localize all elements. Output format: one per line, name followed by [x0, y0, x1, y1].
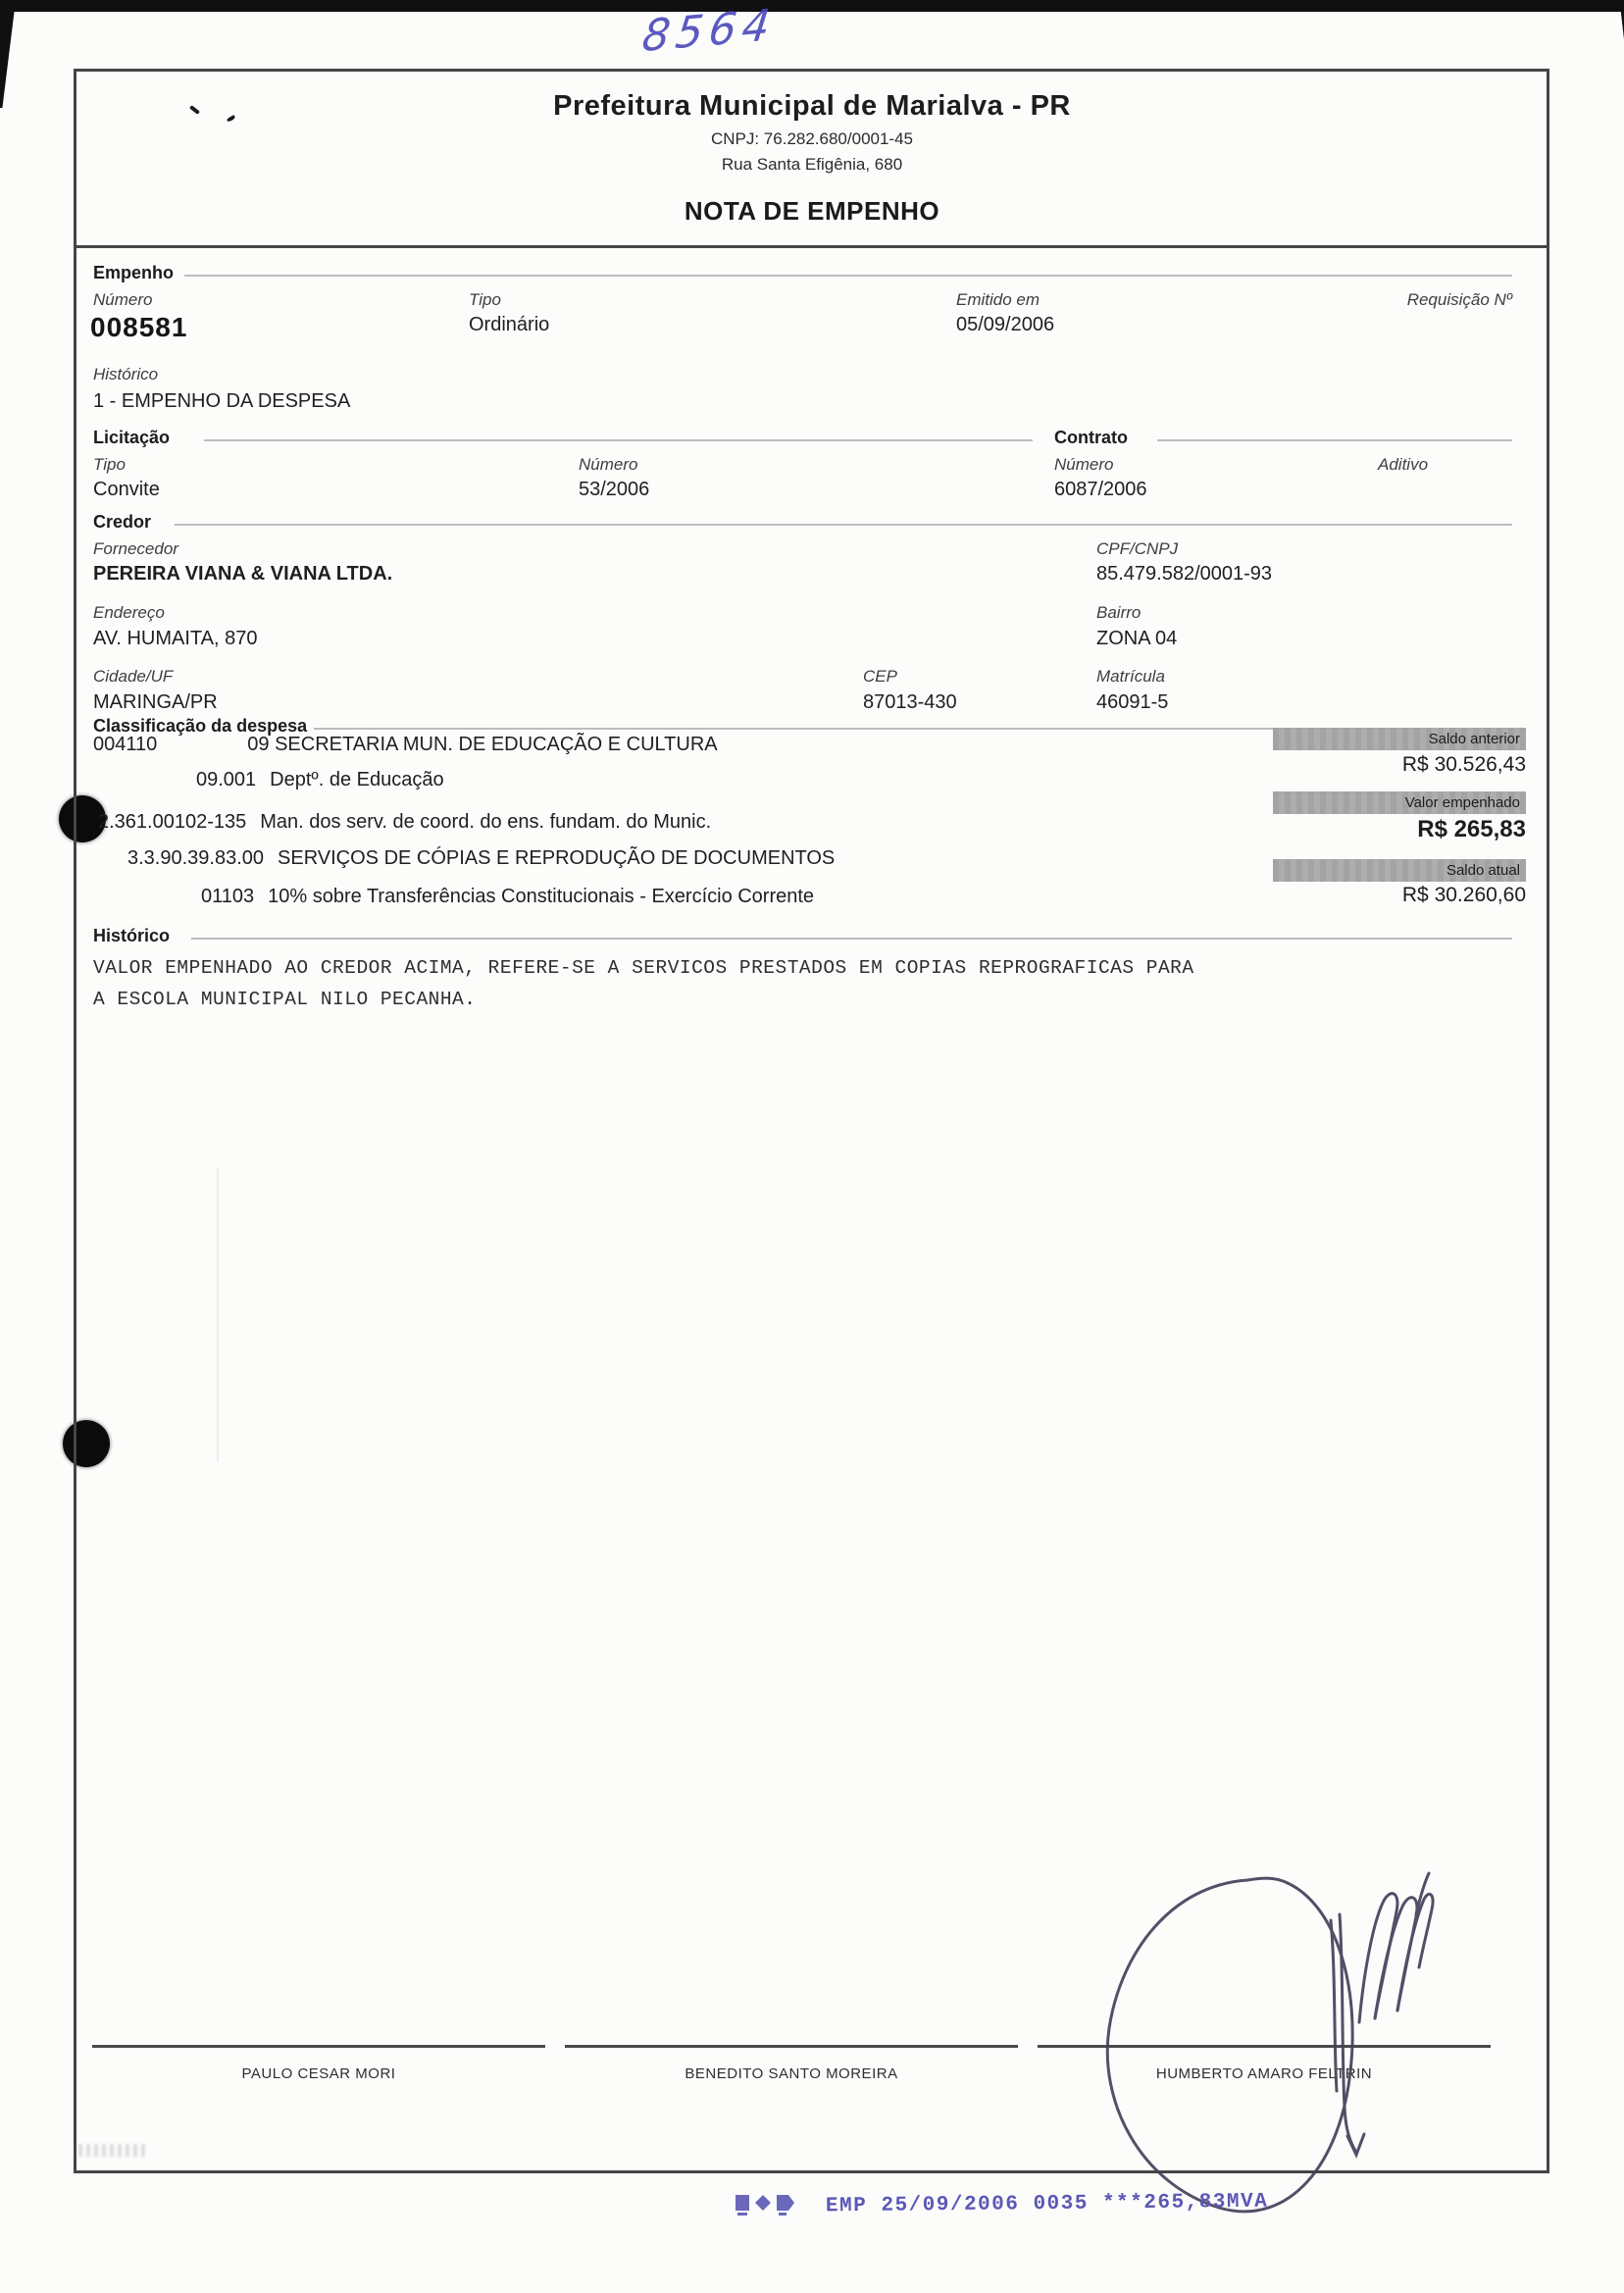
credor-cidade-value: MARINGA/PR [93, 691, 218, 714]
scanner-edge-band [0, 0, 1624, 12]
municipality-title: Prefeitura Municipal de Marialva - PR [0, 90, 1624, 123]
signature-line-1 [92, 2045, 545, 2048]
section-empenho-line [184, 275, 1512, 277]
section-contrato-line [1157, 439, 1512, 441]
historico-text-line1: VALOR EMPENHADO AO CREDOR ACIMA, REFERE-… [93, 957, 1194, 979]
classificacao-code: 3.3.90.39.83.00 [127, 847, 264, 869]
signature-line-3 [1038, 2045, 1491, 2048]
credor-matricula-value: 46091-5 [1096, 691, 1168, 714]
section-contrato-label: Contrato [1054, 428, 1128, 448]
classificacao-desc: 09 SECRETARIA MUN. DE EDUCAÇÃO E CULTURA [247, 734, 717, 755]
section-empenho-label: Empenho [93, 263, 174, 283]
empenho-numero-label: Número [93, 290, 152, 310]
classificacao-code: 2.361.00102-135 [98, 811, 246, 833]
section-licitacao-label: Licitação [93, 428, 170, 448]
classificacao-row: 2.361.00102-135Man. dos serv. de coord. … [98, 811, 711, 834]
contrato-aditivo-label: Aditivo [1378, 455, 1428, 475]
document-title: NOTA DE EMPENHO [0, 196, 1624, 227]
section-historico-label: Histórico [93, 926, 170, 946]
classificacao-row: 3.3.90.39.83.00SERVIÇOS DE CÓPIAS E REPR… [127, 847, 835, 870]
municipality-address: Rua Santa Efigênia, 680 [0, 155, 1624, 175]
credor-bairro-label: Bairro [1096, 603, 1141, 623]
credor-cidade-label: Cidade/UF [93, 667, 173, 687]
document-border [74, 69, 1549, 2173]
credor-cep-label: CEP [863, 667, 897, 687]
empenho-tipo-value: Ordinário [469, 314, 549, 336]
credor-cpf-label: CPF/CNPJ [1096, 539, 1178, 559]
empenho-numero-value: 008581 [90, 312, 187, 343]
classificacao-row: 09.001Deptº. de Educação [196, 769, 444, 791]
section-historico-line [191, 938, 1512, 940]
empenho-historico-label: Histórico [93, 365, 158, 384]
stamp-logo-icon [734, 2191, 804, 2222]
classificacao-row: 0110310% sobre Transferências Constituci… [201, 886, 814, 908]
signature-line-2 [565, 2045, 1018, 2048]
historico-text-line2: A ESCOLA MUNICIPAL NILO PECANHA. [93, 989, 476, 1010]
credor-endereco-label: Endereço [93, 603, 165, 623]
empenho-emitido-value: 05/09/2006 [956, 314, 1054, 336]
saldo-anterior-band: Saldo anterior [1273, 728, 1526, 750]
licitacao-tipo-label: Tipo [93, 455, 126, 475]
section-licitacao-line [204, 439, 1033, 441]
classificacao-code: 01103 [201, 886, 254, 907]
handwritten-page-number: 8564 [639, 0, 779, 62]
credor-fornecedor-label: Fornecedor [93, 539, 178, 559]
empenho-tipo-label: Tipo [469, 290, 501, 310]
classificacao-code: 004110 [93, 734, 157, 755]
classificacao-code: 09.001 [196, 769, 256, 790]
section-credor-label: Credor [93, 512, 151, 533]
licitacao-numero-value: 53/2006 [579, 479, 649, 501]
saldo-atual-value: R$ 30.260,60 [1273, 884, 1526, 907]
header-divider-line [74, 245, 1549, 248]
saldo-atual-band: Saldo atual [1273, 859, 1526, 882]
licitacao-numero-label: Número [579, 455, 637, 475]
signatory-name-3: HUMBERTO AMARO FELTRIN [1038, 2065, 1491, 2082]
valor-empenhado-value: R$ 265,83 [1273, 816, 1526, 843]
contrato-numero-value: 6087/2006 [1054, 479, 1147, 501]
classificacao-desc: 10% sobre Transferências Constitucionais… [268, 886, 814, 907]
credor-cep-value: 87013-430 [863, 691, 957, 714]
valor-empenhado-band: Valor empenhado [1273, 791, 1526, 814]
classificacao-desc: Man. dos serv. de coord. do ens. fundam.… [260, 811, 711, 833]
signatory-name-2: BENEDITO SANTO MOREIRA [565, 2065, 1018, 2082]
section-credor-line [175, 524, 1512, 526]
machine-stamp-text: EMP 25/09/2006 0035 ***265,83MVA [826, 2191, 1268, 2218]
credor-fornecedor-value: PEREIRA VIANA & VIANA LTDA. [93, 563, 392, 586]
credor-endereco-value: AV. HUMAITA, 870 [93, 628, 257, 650]
classificacao-desc: Deptº. de Educação [270, 769, 443, 790]
empenho-historico-value: 1 - EMPENHO DA DESPESA [93, 390, 350, 413]
signatory-name-1: PAULO CESAR MORI [92, 2065, 545, 2082]
empenho-emitido-label: Emitido em [956, 290, 1040, 310]
credor-cpf-value: 85.479.582/0001-93 [1096, 563, 1272, 586]
municipality-cnpj: CNPJ: 76.282.680/0001-45 [0, 129, 1624, 149]
classificacao-desc: SERVIÇOS DE CÓPIAS E REPRODUÇÃO DE DOCUM… [278, 847, 835, 869]
scanned-document-page: 8564 Prefeitura Municipal de Marialva - … [0, 0, 1624, 2293]
classificacao-row: 00411009 SECRETARIA MUN. DE EDUCAÇÃO E C… [93, 734, 718, 756]
contrato-numero-label: Número [1054, 455, 1113, 475]
licitacao-tipo-value: Convite [93, 479, 160, 501]
credor-matricula-label: Matrícula [1096, 667, 1165, 687]
empenho-requisicao-label: Requisição Nº [1273, 290, 1512, 310]
saldo-anterior-value: R$ 30.526,43 [1273, 753, 1526, 777]
credor-bairro-value: ZONA 04 [1096, 628, 1177, 650]
